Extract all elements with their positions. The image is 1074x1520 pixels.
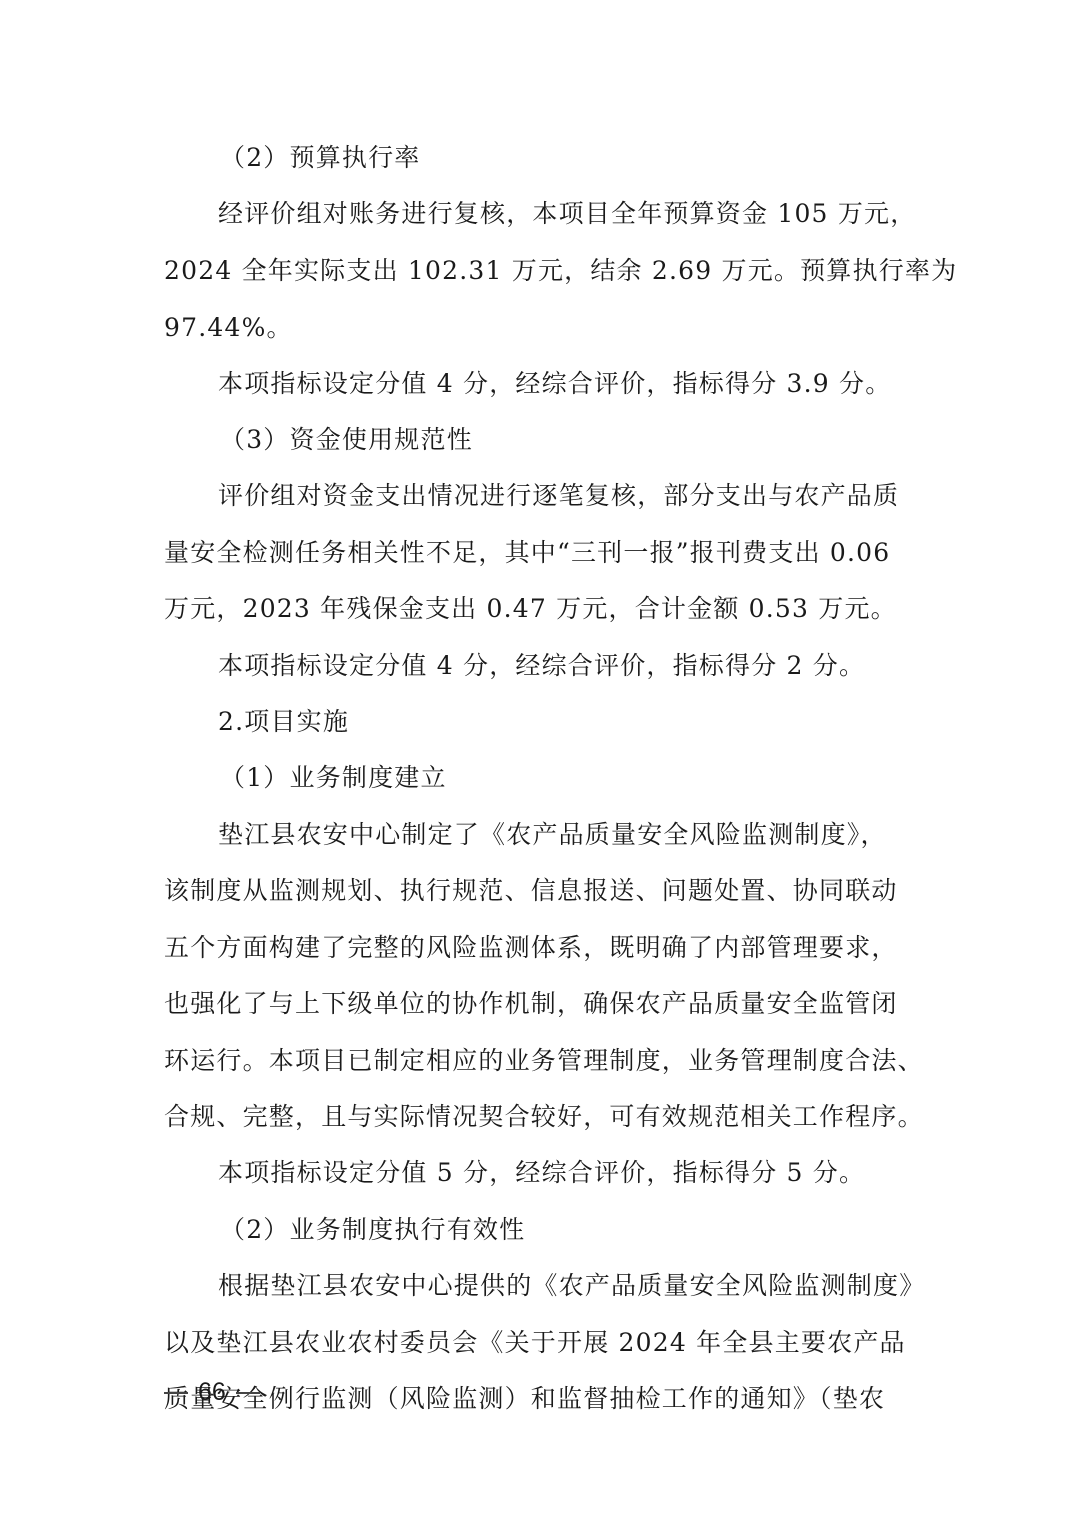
paragraph-line: 以及垫江县农业农村委员会《关于开展 2024 年全县主要农产品 (164, 1323, 906, 1363)
footer-dash-right (236, 1392, 260, 1394)
score-statement: 本项指标设定分值 5 分，经综合评价，指标得分 5 分。 (218, 1153, 865, 1193)
paragraph-line: 量安全检测任务相关性不足，其中“三刊一报”报刊费支出 0.06 (164, 533, 890, 573)
section-heading-fund-use-compliance: （3）资金使用规范性 (220, 420, 473, 460)
section-heading-budget-execution: （2）预算执行率 (220, 138, 421, 178)
paragraph-line: 万元，2023 年残保金支出 0.47 万元，合计金额 0.53 万元。 (164, 589, 897, 629)
paragraph-line: 也强化了与上下级单位的协作机制，确保农产品质量安全监管闭 (164, 984, 898, 1024)
page-footer: 66 (164, 1374, 270, 1410)
page-number: 66 (198, 1378, 226, 1406)
section-heading-business-system-effectiveness: （2）业务制度执行有效性 (220, 1210, 525, 1250)
section-heading-project-implementation: 2.项目实施 (218, 702, 349, 742)
paragraph-line: 评价组对资金支出情况进行逐笔复核，部分支出与农产品质 (218, 476, 899, 516)
score-statement: 本项指标设定分值 4 分，经综合评价，指标得分 2 分。 (218, 646, 865, 686)
paragraph-line: 经评价组对账务进行复核，本项目全年预算资金 105 万元， (218, 194, 916, 234)
score-statement: 本项指标设定分值 4 分，经综合评价，指标得分 3.9 分。 (218, 364, 891, 404)
paragraph-line: 合规、完整，且与实际情况契合较好，可有效规范相关工作程序。 (164, 1097, 924, 1137)
footer-dash-left (164, 1392, 188, 1394)
paragraph-line: 97.44%。 (164, 308, 293, 348)
paragraph-line: 垫江县农安中心制定了《农产品质量安全风险监测制度》， (218, 815, 887, 855)
paragraph-line: 该制度从监测规划、执行规范、信息报送、问题处置、协同联动 (164, 871, 898, 911)
paragraph-line: 五个方面构建了完整的风险监测体系，既明确了内部管理要求， (164, 928, 898, 968)
section-heading-business-system-establishment: （1）业务制度建立 (220, 758, 447, 798)
paragraph-line: 环运行。本项目已制定相应的业务管理制度，业务管理制度合法、 (164, 1041, 924, 1081)
paragraph-line: 2024 全年实际支出 102.31 万元，结余 2.69 万元。预算执行率为 (164, 251, 957, 291)
paragraph-line: 根据垫江县农安中心提供的《农产品质量安全风险监测制度》 (218, 1266, 925, 1306)
paragraph-line: 质量安全例行监测（风险监测）和监督抽检工作的通知》（垫农 (164, 1379, 885, 1419)
